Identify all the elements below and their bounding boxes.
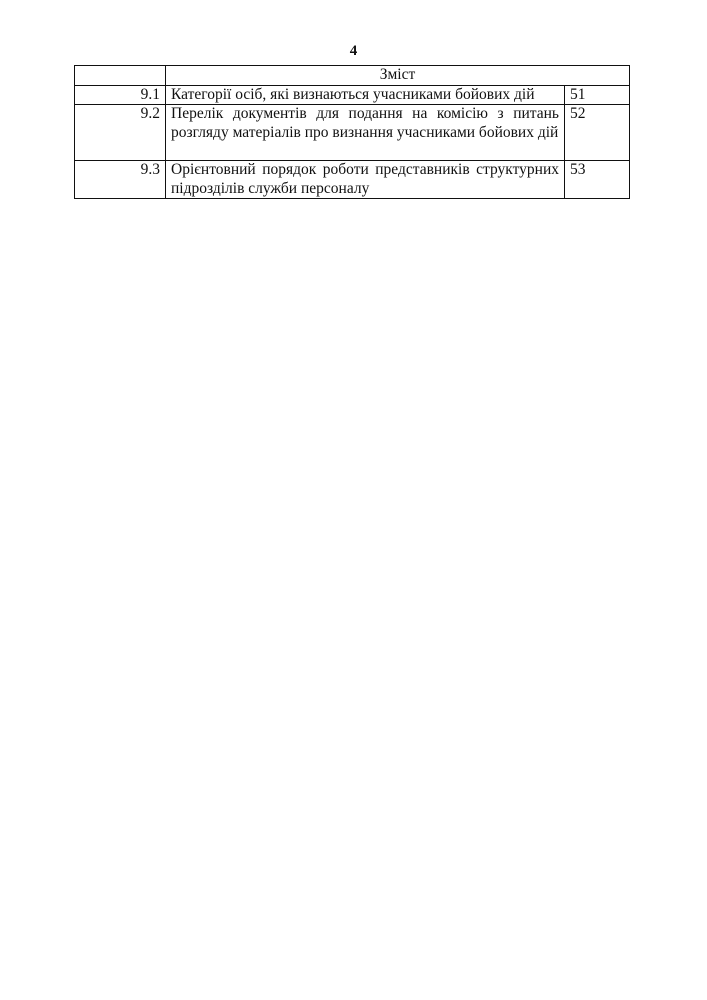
- section-number: 9.1: [75, 85, 166, 105]
- section-page: 52: [565, 105, 630, 161]
- table-of-contents: Зміст 9.1 Категорії осіб, які визнаються…: [74, 65, 630, 199]
- section-title: Перелік документів для подання на комісі…: [166, 105, 565, 161]
- toc-header-title: Зміст: [166, 66, 630, 86]
- section-page: 53: [565, 161, 630, 199]
- section-number: 9.2: [75, 105, 166, 161]
- section-title: Категорії осіб, які визнаються учасникам…: [166, 85, 565, 105]
- section-title: Орієнтовний порядок роботи представників…: [166, 161, 565, 199]
- table-row: 9.2 Перелік документів для подання на ко…: [75, 105, 630, 161]
- toc-header-row: Зміст: [75, 66, 630, 86]
- section-number: 9.3: [75, 161, 166, 199]
- section-page: 51: [565, 85, 630, 105]
- page-number: 4: [0, 42, 707, 60]
- table-row: 9.3 Орієнтовний порядок роботи представн…: [75, 161, 630, 199]
- toc-header-number: [75, 66, 166, 86]
- table-row: 9.1 Категорії осіб, які визнаються учасн…: [75, 85, 630, 105]
